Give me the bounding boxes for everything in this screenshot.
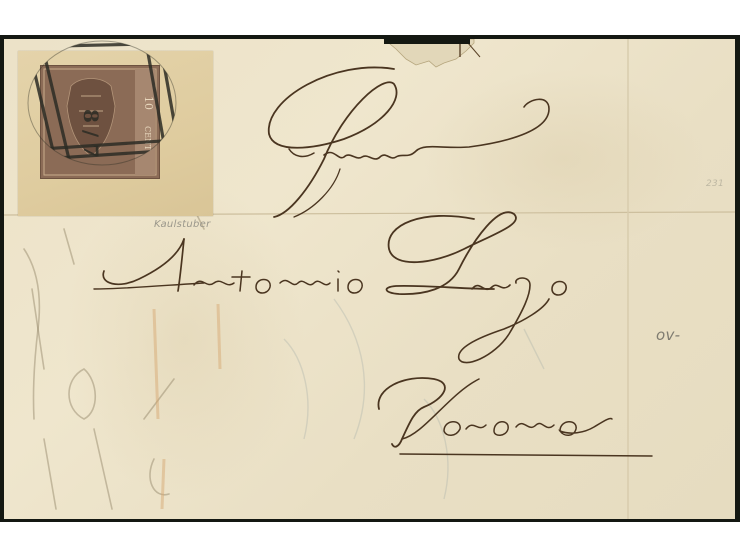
pencil-annotation-mark: ov- (656, 326, 680, 344)
postal-cover: 10 CENT 10 CENT 8 / 7 Kaulstuber ov- 231… (4, 39, 735, 519)
address-underline (400, 454, 652, 456)
pencil-annotation-name: Kaulstuber (154, 219, 211, 230)
postmark-cancel: 8 / 7 (22, 39, 182, 169)
stamp-denomination: 10 CENT (18, 51, 19, 52)
pencil-annotation-number: 231 (706, 179, 724, 189)
top-tear-shadow (384, 35, 470, 44)
address-city-script (378, 378, 652, 456)
postmark-date: 8 / 7 (79, 109, 103, 158)
